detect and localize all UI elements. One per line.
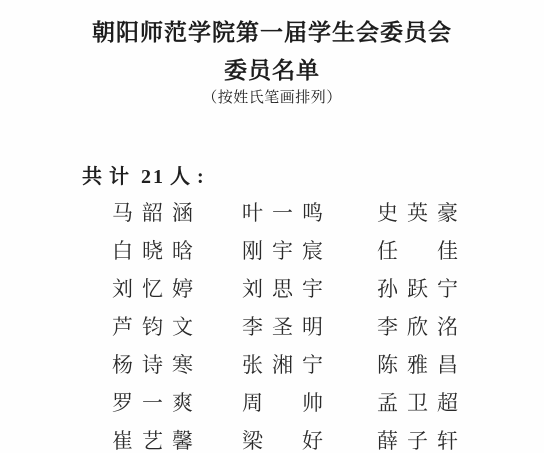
document-title-line2: 委员名单 (0, 52, 544, 85)
member-name: 孟卫超 (377, 384, 517, 422)
member-name: 马韶涵 (112, 194, 242, 232)
member-count-prefix: 共计 (82, 166, 136, 188)
member-name: 刘忆婷 (112, 270, 242, 308)
member-name: 叶一鸣 (242, 194, 377, 232)
member-name: 张湘宁 (242, 346, 377, 384)
sort-order-note: （按姓氏笔画排列） (0, 86, 544, 107)
member-name: 任 佳 (377, 232, 517, 270)
member-name: 孙跃宁 (377, 270, 517, 308)
member-name: 芦钧文 (112, 308, 242, 346)
member-name: 薛子轩 (377, 422, 517, 453)
member-name: 刘思宇 (242, 270, 377, 308)
member-count-suffix: 人: (170, 166, 211, 188)
document-page: 朝阳师范学院第一届学生会委员会 委员名单 （按姓氏笔画排列） 共计21人: 马韶… (0, 0, 544, 453)
member-name: 崔艺馨 (112, 422, 242, 453)
member-count-line: 共计21人: (82, 160, 211, 189)
member-name: 罗一爽 (112, 384, 242, 422)
member-name: 李圣明 (242, 308, 377, 346)
member-name: 陈雅昌 (377, 346, 517, 384)
member-name: 史英豪 (377, 194, 517, 232)
member-name: 周 帅 (242, 384, 377, 422)
members-grid: 马韶涵 叶一鸣 史英豪 白晓晗 刚宇宸 任 佳 刘忆婷 刘思宇 孙跃宁 芦钧文 … (112, 194, 517, 453)
document-title-line1: 朝阳师范学院第一届学生会委员会 (0, 14, 544, 47)
member-name: 李欣洺 (377, 308, 517, 346)
member-name: 白晓晗 (112, 232, 242, 270)
member-count-number: 21 (136, 166, 170, 188)
member-name: 杨诗寒 (112, 346, 242, 384)
member-name: 梁 好 (242, 422, 377, 453)
member-name: 刚宇宸 (242, 232, 377, 270)
